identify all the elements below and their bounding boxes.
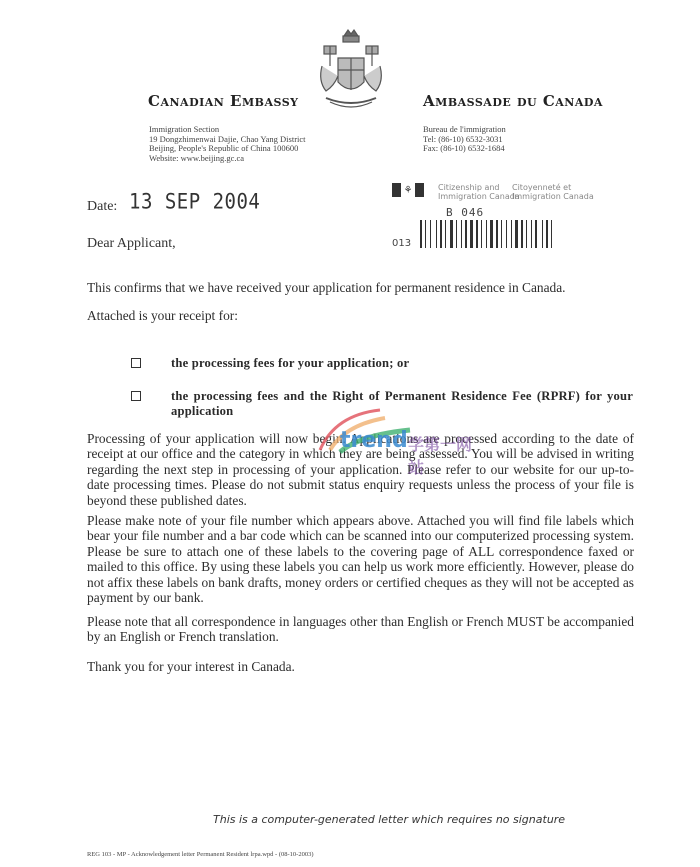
coat-of-arms-icon [312, 26, 390, 116]
barcode-prefix: 013 [392, 238, 411, 249]
barcode [420, 220, 556, 248]
attached-paragraph: Attached is your receipt for: [87, 308, 647, 323]
file-number-paragraph: Please make note of your file number whi… [87, 513, 634, 605]
canada-flag-icon: ⚘ [392, 183, 424, 197]
date-label: Date: [87, 199, 117, 215]
form-reference: REG 103 - MP - Acknowledgement letter Pe… [87, 851, 314, 858]
receipt-option-1-label: the processing fees for your application… [171, 356, 631, 371]
receipt-option-2-checkbox[interactable] [131, 391, 141, 401]
languages-paragraph: Please note that all correspondence in l… [87, 614, 634, 645]
dept-name-en: Citizenship and Immigration Canada [438, 183, 520, 201]
embassy-title-fr: Ambassade du Canada [423, 92, 603, 110]
embassy-title-en: Canadian Embassy [148, 92, 299, 110]
dept-name-fr: Citoyenneté et Immigration Canada [512, 183, 594, 201]
date-stamp: 13 SEP 2004 [129, 190, 260, 214]
embassy-address-fr: Bureau de l'immigration Tel: (86-10) 653… [423, 125, 506, 154]
embassy-address-en: Immigration Section 19 Dongzhimenwai Daj… [149, 125, 306, 163]
thanks-paragraph: Thank you for your interest in Canada. [87, 659, 634, 674]
receipt-option-1-checkbox[interactable] [131, 358, 141, 368]
receipt-option-2-label: the processing fees and the Right of Per… [171, 389, 633, 419]
confirm-paragraph: This confirms that we have received your… [87, 280, 647, 295]
signature-notice: This is a computer-generated letter whic… [213, 813, 565, 826]
file-code: B 046 [446, 206, 484, 219]
salutation: Dear Applicant, [87, 236, 176, 252]
processing-paragraph: Processing of your application will now … [87, 431, 634, 508]
